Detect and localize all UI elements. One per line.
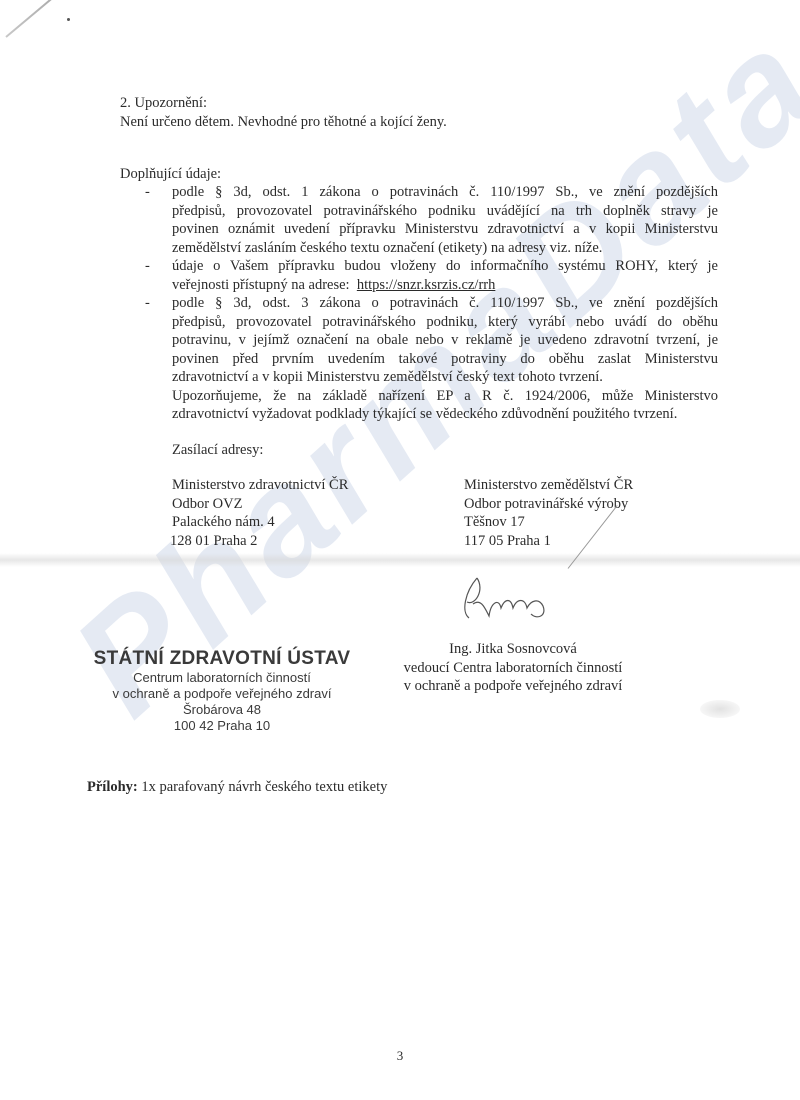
bullet-2-text: veřejnosti přístupný na adrese: bbox=[172, 277, 350, 293]
bullet-marker: - bbox=[145, 257, 150, 276]
ink-smudge bbox=[700, 700, 740, 718]
scan-mark bbox=[5, 0, 83, 38]
note-line: zdravotnictví vyžadovat podklady týkajíc… bbox=[172, 405, 677, 424]
bullet-3-line: podle § 3d, odst. 3 zákona o potravinách… bbox=[172, 294, 718, 313]
bullet-2-line: veřejnosti přístupný na adrese: https://… bbox=[172, 276, 495, 295]
bullet-marker: - bbox=[145, 294, 150, 313]
stamp-line: 100 42 Praha 10 bbox=[86, 718, 358, 734]
bullet-3-line: povinen před prvním uvedením takové potr… bbox=[172, 350, 718, 369]
address-line: Ministerstvo zemědělství ČR bbox=[464, 476, 633, 495]
bullet-1-line: předpisů, provozovatel potravinářského p… bbox=[172, 202, 718, 221]
signer-title: vedoucí Centra laboratorních činností bbox=[378, 659, 648, 678]
supplementary-heading: Doplňující údaje: bbox=[120, 165, 221, 184]
address-moa: Ministerstvo zemědělství ČR Odbor potrav… bbox=[464, 476, 633, 550]
address-line: 117 05 Praha 1 bbox=[464, 532, 633, 551]
attachments-label: Přílohy: bbox=[87, 779, 138, 795]
address-line: Odbor potravinářské výroby bbox=[464, 495, 633, 514]
bullet-1-line: zemědělství zasláním českého textu označ… bbox=[172, 239, 602, 258]
address-line: Ministerstvo zdravotnictví ČR bbox=[172, 476, 348, 495]
attachments-text: 1x parafovaný návrh českého textu etiket… bbox=[138, 779, 388, 795]
stamp-name: STÁTNÍ ZDRAVOTNÍ ÚSTAV bbox=[86, 648, 358, 670]
addresses-heading: Zasílací adresy: bbox=[172, 441, 263, 460]
address-moh: Ministerstvo zdravotnictví ČR Odbor OVZ … bbox=[172, 476, 348, 550]
attachments: Přílohy: 1x parafovaný návrh českého tex… bbox=[87, 778, 387, 797]
bullet-2-line: údaje o Vašem přípravku budou vloženy do… bbox=[172, 257, 718, 276]
warning-section: 2. Upozornění: Není určeno dětem. Nevhod… bbox=[120, 94, 447, 131]
bullet-3-line: potravinu, v jejímž označení na obale ne… bbox=[172, 331, 718, 350]
document-page: PharmaData s. 2. Upozornění: Není určeno… bbox=[0, 0, 800, 1100]
scan-dot bbox=[67, 18, 70, 21]
bullet-1-line: povinen oznámit uvedení přípravku Minist… bbox=[172, 220, 718, 239]
stamp-line: Centrum laboratorních činností bbox=[86, 670, 358, 686]
address-line: Odbor OVZ bbox=[172, 495, 348, 514]
institution-stamp: STÁTNÍ ZDRAVOTNÍ ÚSTAV Centrum laborator… bbox=[86, 648, 358, 734]
scan-band bbox=[0, 553, 800, 567]
warning-heading: 2. Upozornění: bbox=[120, 94, 447, 113]
signer-name: Ing. Jitka Sosnovcová bbox=[378, 640, 648, 659]
bullet-1-line: podle § 3d, odst. 1 zákona o potravinách… bbox=[172, 183, 718, 202]
bullet-marker: - bbox=[145, 183, 150, 202]
address-line: 128 01 Praha 2 bbox=[170, 532, 348, 551]
signer-title: v ochraně a podpoře veřejného zdraví bbox=[378, 677, 648, 696]
rohy-link[interactable]: https://snzr.ksrzis.cz/rrh bbox=[357, 277, 496, 293]
signature bbox=[455, 572, 595, 622]
warning-text: Není určeno dětem. Nevhodné pro těhotné … bbox=[120, 113, 447, 132]
page-number: 3 bbox=[0, 1048, 800, 1064]
address-line: Palackého nám. 4 bbox=[172, 513, 348, 532]
stamp-line: Šrobárova 48 bbox=[86, 702, 358, 718]
signer-block: Ing. Jitka Sosnovcová vedoucí Centra lab… bbox=[378, 640, 648, 696]
note-line: Upozorňujeme, že na základě nařízení EP … bbox=[172, 387, 718, 406]
bullet-3-line: předpisů, provozovatel potravinářského p… bbox=[172, 313, 718, 332]
stamp-line: v ochraně a podpoře veřejného zdraví bbox=[86, 686, 358, 702]
bullet-3-line: zdravotnictví a v kopii Ministerstvu zem… bbox=[172, 368, 603, 387]
